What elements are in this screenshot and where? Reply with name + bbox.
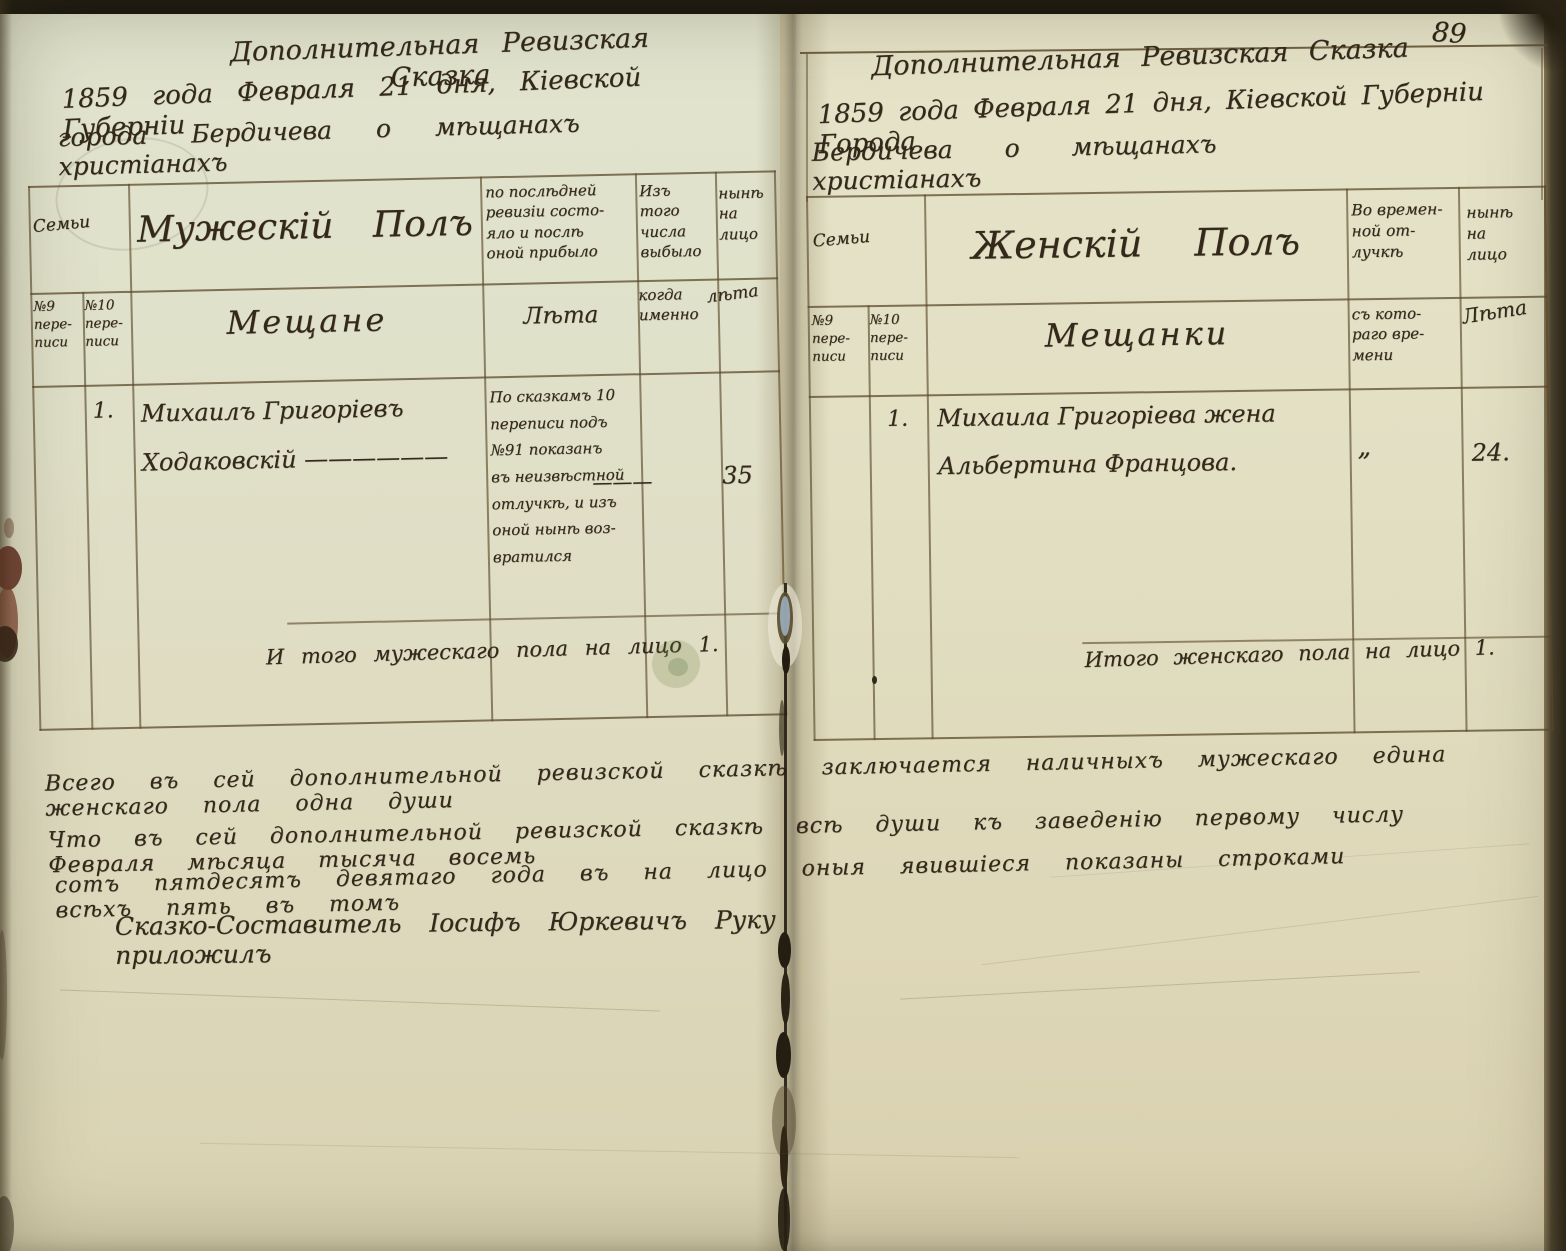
female-row-age: 24. <box>1471 438 1510 467</box>
stain <box>668 658 688 676</box>
female-row-name: Михаила Григоріева жена Альбертина Франц… <box>937 388 1368 490</box>
female-census9-label: №9 пере- писи <box>812 311 865 366</box>
male-total-line: И того мужескаго пола на лицо 1. <box>266 630 781 669</box>
binding-seam <box>780 1126 788 1188</box>
table-line <box>82 292 93 730</box>
male-census10-label: №10 пере- писи <box>84 296 130 352</box>
scan-corner-top-right <box>1500 0 1566 70</box>
male-row-age: 35 <box>722 461 753 490</box>
female-col-gender-header: Женскій Полъ <box>924 218 1347 268</box>
male-census9-label: №9 пере- писи <box>33 297 81 353</box>
binding-seam <box>780 596 790 636</box>
male-ages-label: Лѣта <box>486 301 637 330</box>
female-since-label: съ кото- раго вре- мени <box>1352 303 1457 365</box>
male-row-name: Михаилъ Григоріевъ Ходаковскій —————— <box>140 382 490 488</box>
female-table: Семьи Женскій Полъ Во времен- ной от- лу… <box>806 186 1554 741</box>
document-scan: Дополнительная Ревизская Сказка 1859 год… <box>0 0 1566 1251</box>
scan-edge-top <box>0 0 1566 14</box>
table-line <box>128 184 141 729</box>
table-line <box>868 305 876 740</box>
male-col-present-header: нынѣ на лицо <box>718 182 775 244</box>
binding-seam <box>778 1188 790 1251</box>
binding-seam <box>778 932 791 968</box>
ink-dot <box>872 676 877 684</box>
female-col-families-header: Семьи <box>812 223 921 252</box>
female-col-absence-header: Во времен- ной от- лучкѣ <box>1351 199 1454 263</box>
binding-seam <box>781 972 790 1024</box>
binding-seam <box>782 646 790 674</box>
male-col-gender-header: Мужескій Полъ <box>129 203 482 251</box>
right-page-left-rule <box>806 54 808 202</box>
right-header-line3: Бердичева о мѣщанахъ христіанахъ <box>811 126 1372 196</box>
female-row-absence-mark: „ <box>1357 432 1371 462</box>
female-class-label: Мещанки <box>926 312 1348 356</box>
male-col-families-header: Семьи <box>32 209 125 237</box>
binding-seam <box>776 1032 791 1078</box>
male-col-revision-header: по послѣдней ревизіи состо- яло и послѣ … <box>485 179 633 263</box>
male-col-departed-header: Изъ того числа выбыло <box>639 180 715 263</box>
edge-stain <box>4 518 14 538</box>
binding-seam <box>779 700 785 756</box>
male-row-departed-mark: ——— <box>592 468 684 494</box>
table-line <box>924 194 934 739</box>
compiler-signature: Сказко-Составитель Іосифъ Юркевичъ Руку … <box>115 904 856 970</box>
female-col-present-header: нынѣ на лицо <box>1466 202 1543 266</box>
male-class-label: Мещане <box>131 299 484 344</box>
right-page-right-rule <box>1541 48 1543 200</box>
female-census10-label: №10 пере- писи <box>870 310 923 365</box>
table-line <box>287 612 785 624</box>
male-row-family-no: 1. <box>92 398 114 423</box>
female-row-family-no: 1. <box>887 407 908 432</box>
